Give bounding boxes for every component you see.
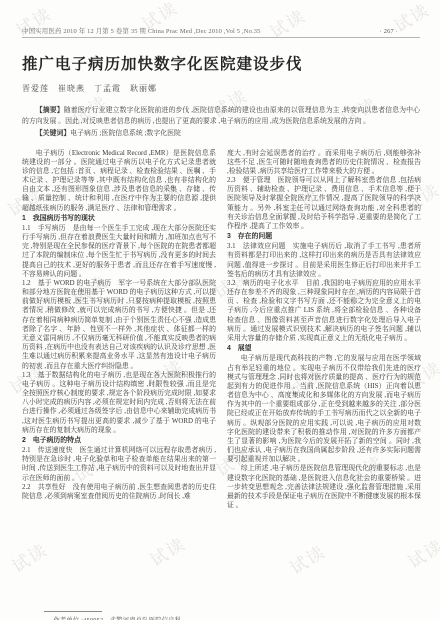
intro-paragraph: 电子病历（Electronic Medical Record ,EMR）是医院信…	[22, 149, 216, 213]
outlook-paragraph: 电子病历是现代高科技的产物 ,它的发展与应用在医学领域占有举足轻重的地位 。实现…	[227, 354, 421, 464]
right-column: 度大 ,有时会延误患者的治疗 。而采用电子病历后 ,则能够弥补这些不足 ,医生可…	[227, 149, 421, 511]
article-title: 推广电子病历加快数字化医院建设步伐	[22, 52, 420, 74]
section-3-2: 3.2 病历的电子化水平 目前 ,我国的电子病历应用的应用水平还存在参差不齐的现…	[227, 279, 421, 343]
section-2-2: 2.2 共享性好 没有使用电子病历前 ,医生想查阅患者的历史住院信息 ,必须到病…	[22, 483, 216, 501]
abstract-text: 随着医疗行业建立数字化医院前进的步伐 ,医院信息系统的建设也由原来的以管理信息为…	[22, 107, 420, 125]
section-2-1: 2.1 传送速度快 医生通过计算机网络可以远程存取患者病历 ,特别是在急诊时 ,…	[22, 446, 216, 483]
section-3-1: 3.1 法律效应问题 实施电子病历后 ,取消了手工书写 ,患者所有资料都是打印出…	[227, 242, 421, 279]
section-1-2: 1.2 基于 WORD 的电子病历 军字一号系统在大部分部队医院和部分地方医院在…	[22, 279, 216, 371]
keywords-label: 【关键词】	[36, 130, 70, 137]
footnote-block: 作者单位 :450052 武警河南总队医院信息科	[44, 604, 238, 620]
conclusion-paragraph: 综上所述 ,电子病历是医院信息管理现代化的重要标志 ,也是建设数字化医院的基础 …	[227, 464, 421, 510]
watermark: 试读	[6, 536, 51, 577]
section-2-2-continued: 度大 ,有时会延误患者的治疗 。而采用电子病历后 ,则能够弥补这些不足 ,医生可…	[227, 149, 421, 177]
section-2-3: 2.3 便于管理 医院领导可以从网上了解科室患者信息 ,包括病历资料 、辅助检查…	[227, 176, 421, 231]
watermark: 试读	[284, 538, 329, 579]
article-body: 电子病历（Electronic Medical Record ,EMR）是医院信…	[22, 149, 420, 511]
watermark: 试读	[402, 532, 440, 573]
keywords-text: 电子病历 ;医院信息系统 ;数字化医院	[70, 130, 181, 137]
journal-page: 试读 试读 试读 试读 试读 试读 试读 试读 试读 试读 试读 试读 试读 试…	[0, 0, 440, 620]
footnote-rule	[44, 611, 102, 612]
abstract-label: 【摘要】	[36, 107, 64, 114]
page-number: · 267 ·	[380, 28, 398, 35]
journal-citation-line: 中国实用医药 2010 年 12 月第 5 卷第 35 期 China Prac…	[22, 26, 261, 35]
section-1-3: 1.3 基于数据结构化的电子病历 ,也是现在各大医院积极推行的电子病历 。这种电…	[22, 371, 216, 435]
section-1-1: 1.1 手写病历 是由每一个医生手工完成 ,现在大部分医院还实行手写病历 ,但存…	[22, 224, 216, 279]
watermark: 试读	[144, 530, 189, 571]
author-list: 晋爱莲 崔晓燕 丁孟霞 耿丽娜	[22, 83, 420, 94]
section-3-heading: 3 存在的问题	[227, 232, 421, 241]
keywords-line: 【关键词】电子病历 ;医院信息系统 ;数字化医院	[22, 128, 420, 139]
abstract-paragraph: 【摘要】随着医疗行业建立数字化医院前进的步伐 ,医院信息系统的建设也由原来的以管…	[22, 105, 420, 127]
section-1-heading: 1 我国病历书写的现状	[22, 214, 216, 223]
running-header: 中国实用医药 2010 年 12 月第 5 卷第 35 期 China Prac…	[22, 26, 420, 38]
abstract-block: 【摘要】随着医疗行业建立数字化医院前进的步伐 ,医院信息系统的建设也由原来的以管…	[22, 105, 420, 140]
section-2-heading: 2 电子病历的特点	[22, 436, 216, 445]
section-4-heading: 4 展望	[227, 344, 421, 353]
author-affiliation: 作者单位 :450052 武警河南总队医院信息科	[44, 615, 238, 620]
left-column: 电子病历（Electronic Medical Record ,EMR）是医院信…	[22, 149, 216, 511]
